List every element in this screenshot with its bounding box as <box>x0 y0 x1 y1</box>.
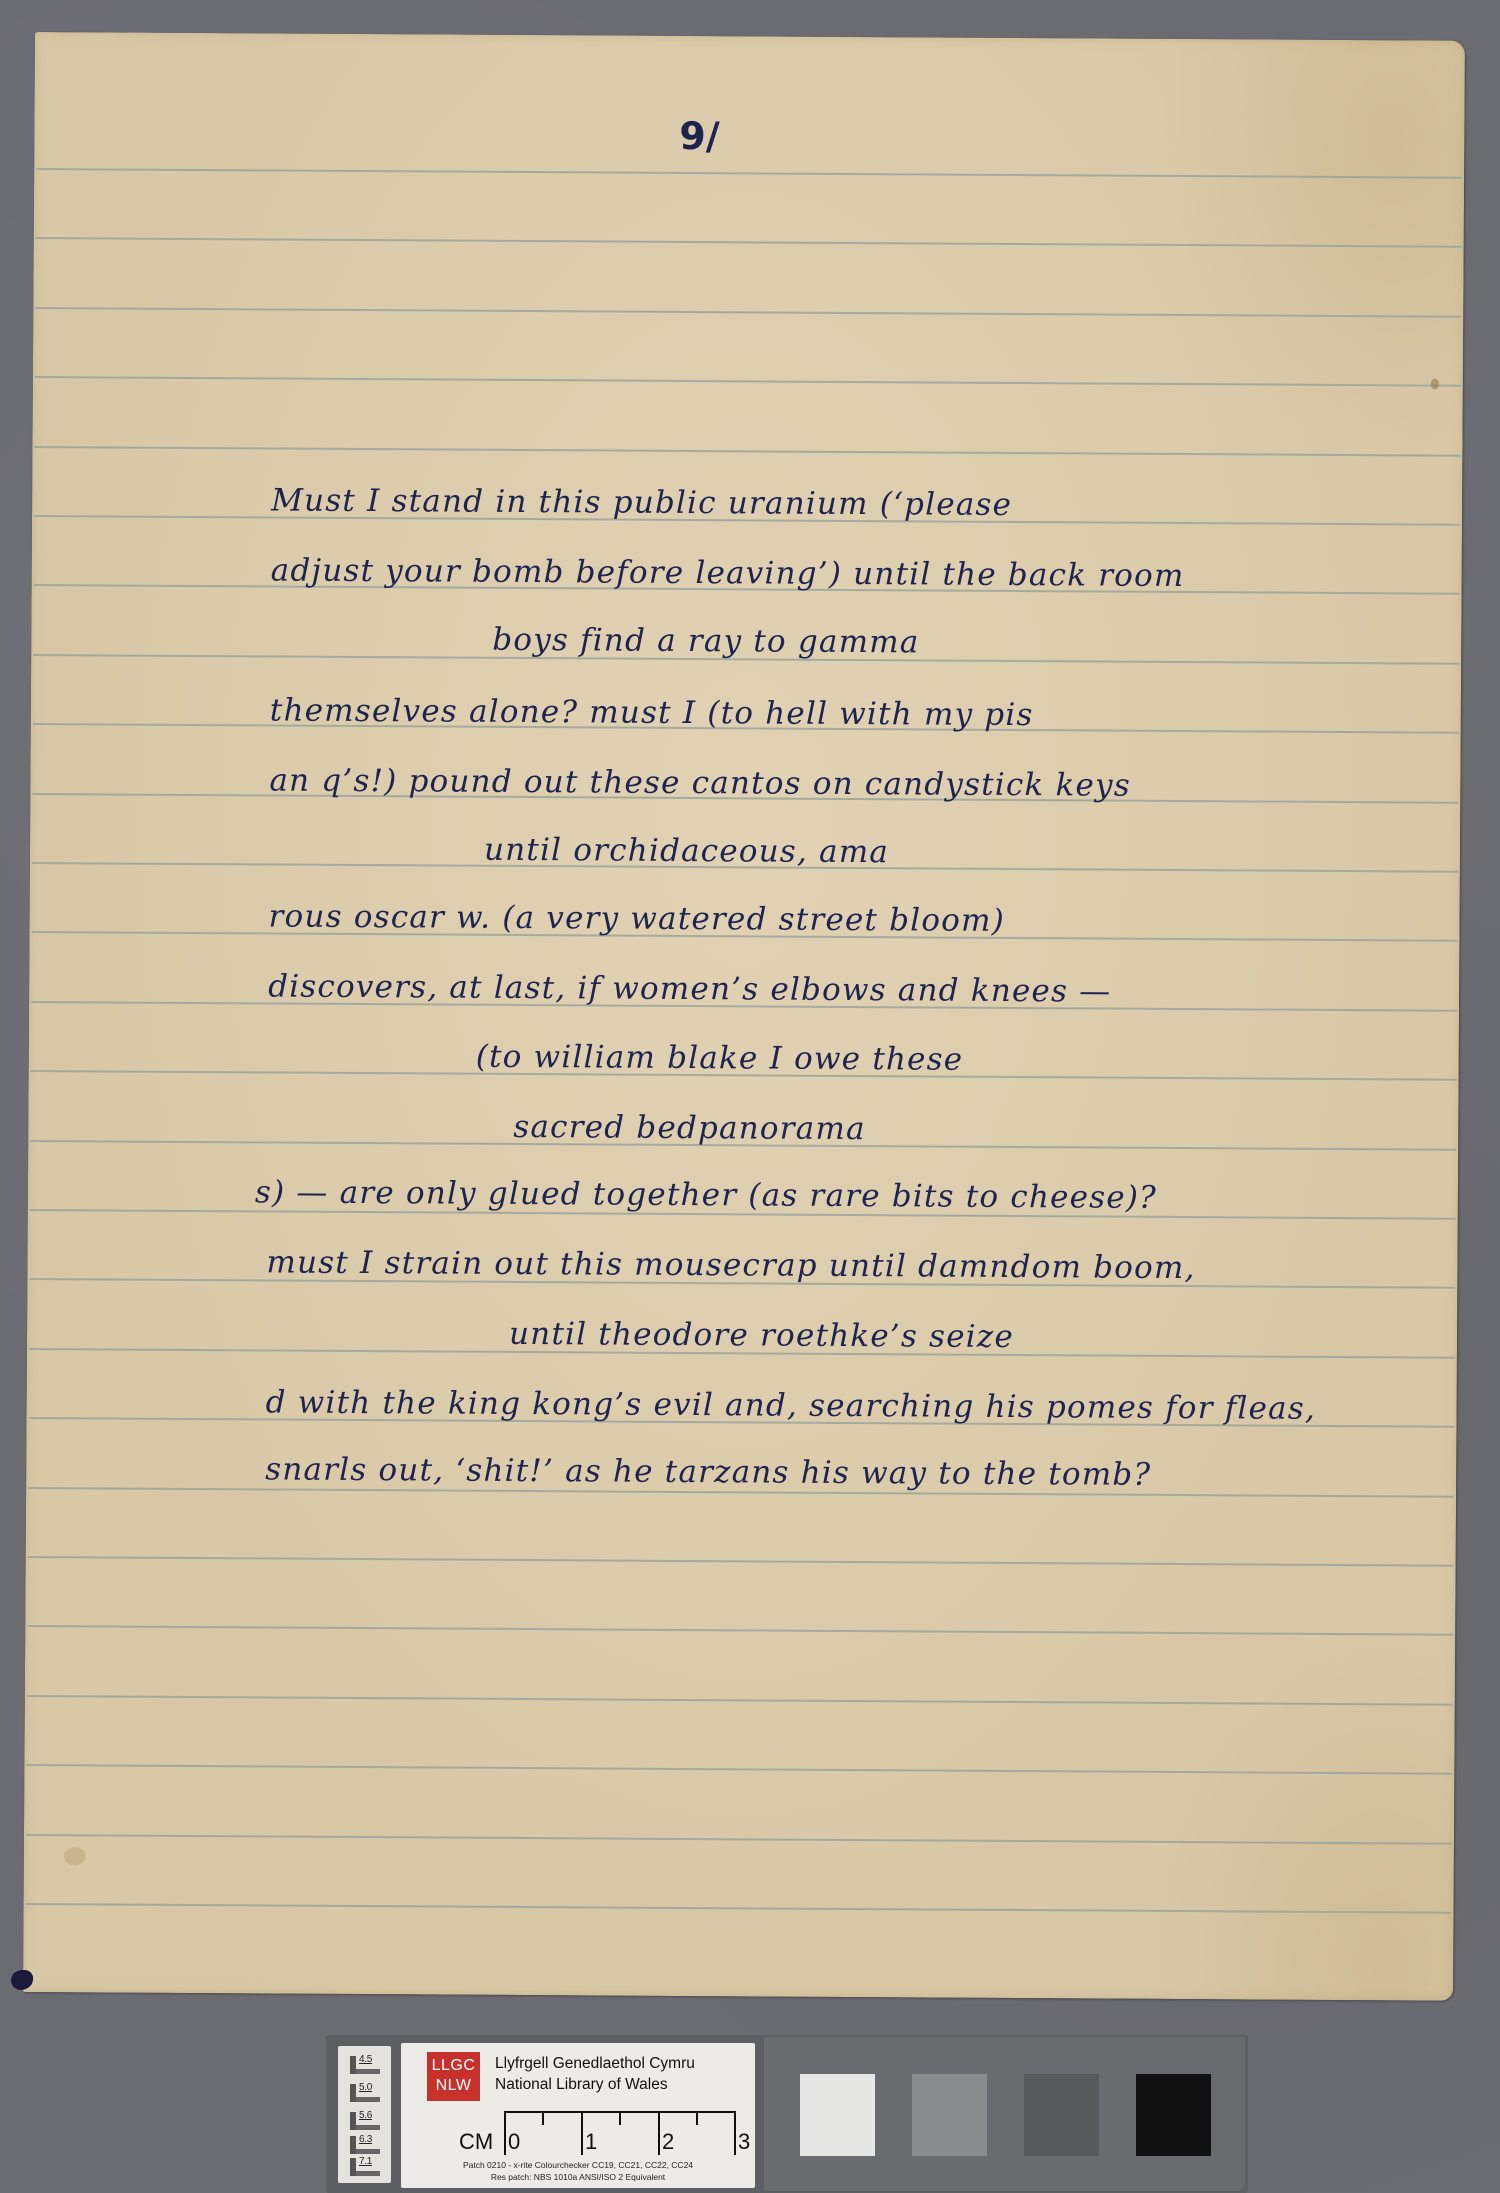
ruled-line <box>36 168 1462 179</box>
ruler-tick <box>619 2111 621 2125</box>
poem-line: d with the king kong’s evil and, searchi… <box>266 1387 1317 1424</box>
ruler-tick <box>658 2111 660 2155</box>
poem-line: (to william blake I owe these <box>476 1042 964 1076</box>
resolution-mark: 4.5 <box>350 2054 384 2076</box>
library-label: LLGC NLW Llyfrgell Genedlaethol Cymru Na… <box>401 2043 755 2188</box>
ruled-line <box>35 307 1461 318</box>
resolution-mark: 6.3 <box>350 2134 384 2156</box>
poem-line: s) — are only glued together (as rare bi… <box>255 1177 1157 1214</box>
ruled-line <box>34 446 1460 457</box>
ruler-tick <box>581 2111 583 2155</box>
swatch-light-gray <box>912 2074 987 2156</box>
ruled-line <box>35 376 1461 387</box>
swatch-white <box>800 2074 875 2156</box>
paper-stain <box>1431 379 1439 390</box>
poem-line: boys find a ray to gamma <box>492 625 919 659</box>
resolution-mark: 7.1 <box>350 2156 384 2178</box>
gray-swatch-panel <box>764 2037 1245 2191</box>
ruled-line <box>26 1834 1452 1845</box>
poem-line: must I strain out this mousecrap until d… <box>266 1247 1195 1284</box>
poem-line: themselves alone? must I (to hell with m… <box>270 695 1034 731</box>
ruler-tick <box>696 2111 698 2125</box>
library-name-welsh: Llyfrgell Genedlaethol Cymru <box>495 2055 695 2073</box>
poem-line: Must I stand in this public uranium (‘pl… <box>271 485 1012 521</box>
ruled-line <box>26 1764 1452 1775</box>
ruled-line <box>26 1903 1452 1914</box>
poem-line: rous oscar w. (a very watered street blo… <box>269 901 1006 936</box>
poem-line: discovers, at last, if women’s elbows an… <box>268 971 1111 1007</box>
color-checker-strip: 4.5 5.0 5.6 6.3 7.1 LLGC NLW Llyfrgell G… <box>326 2035 1248 2193</box>
swatch-black <box>1136 2074 1211 2156</box>
llgc-nlw-logo: LLGC NLW <box>427 2052 480 2101</box>
manuscript-page: 9/ Must I stand in this public uranium (… <box>23 32 1465 2001</box>
poem-line: snarls out, ‘shit!’ as he tarzans his wa… <box>265 1454 1151 1490</box>
ruler-label-2: 2 <box>662 2131 674 2153</box>
ruler-label-0: 0 <box>508 2131 520 2153</box>
ruler-label-3: 3 <box>738 2131 750 2153</box>
resolution-mark: 5.0 <box>350 2082 384 2104</box>
res-patch-info: Res patch: NBS 1010a ANSI/ISO 2 Equivale… <box>401 2172 755 2182</box>
ruler-tick <box>734 2111 736 2155</box>
ruled-line <box>27 1625 1453 1636</box>
resolution-patch: 4.5 5.0 5.6 6.3 7.1 <box>338 2046 391 2183</box>
paper-stain <box>64 1847 86 1865</box>
poem-line: until theodore roethke’s seize <box>509 1319 1014 1353</box>
ruled-line <box>36 237 1462 248</box>
ruler-unit: CM <box>459 2131 493 2153</box>
poem-line: an q’s!) pound out these cantos on candy… <box>269 765 1131 801</box>
resolution-mark: 5.6 <box>350 2110 384 2132</box>
poem-line: sacred bedpanorama <box>513 1112 866 1145</box>
ruled-line <box>28 1556 1454 1567</box>
library-name-english: National Library of Wales <box>495 2076 668 2094</box>
page-number: 9/ <box>679 114 720 158</box>
poem-line: until orchidaceous, ama <box>484 835 889 868</box>
ink-blot <box>11 1970 33 1990</box>
patch-info: Patch 0210 - x-rite Colourchecker CC19, … <box>401 2160 755 2170</box>
ruler-tick <box>504 2111 506 2155</box>
swatch-dark-gray <box>1024 2074 1099 2156</box>
ruler-label-1: 1 <box>585 2131 597 2153</box>
ruled-line <box>27 1695 1453 1706</box>
ruler-tick <box>542 2111 544 2125</box>
poem-line: adjust your bomb before leaving’) until … <box>271 555 1185 592</box>
